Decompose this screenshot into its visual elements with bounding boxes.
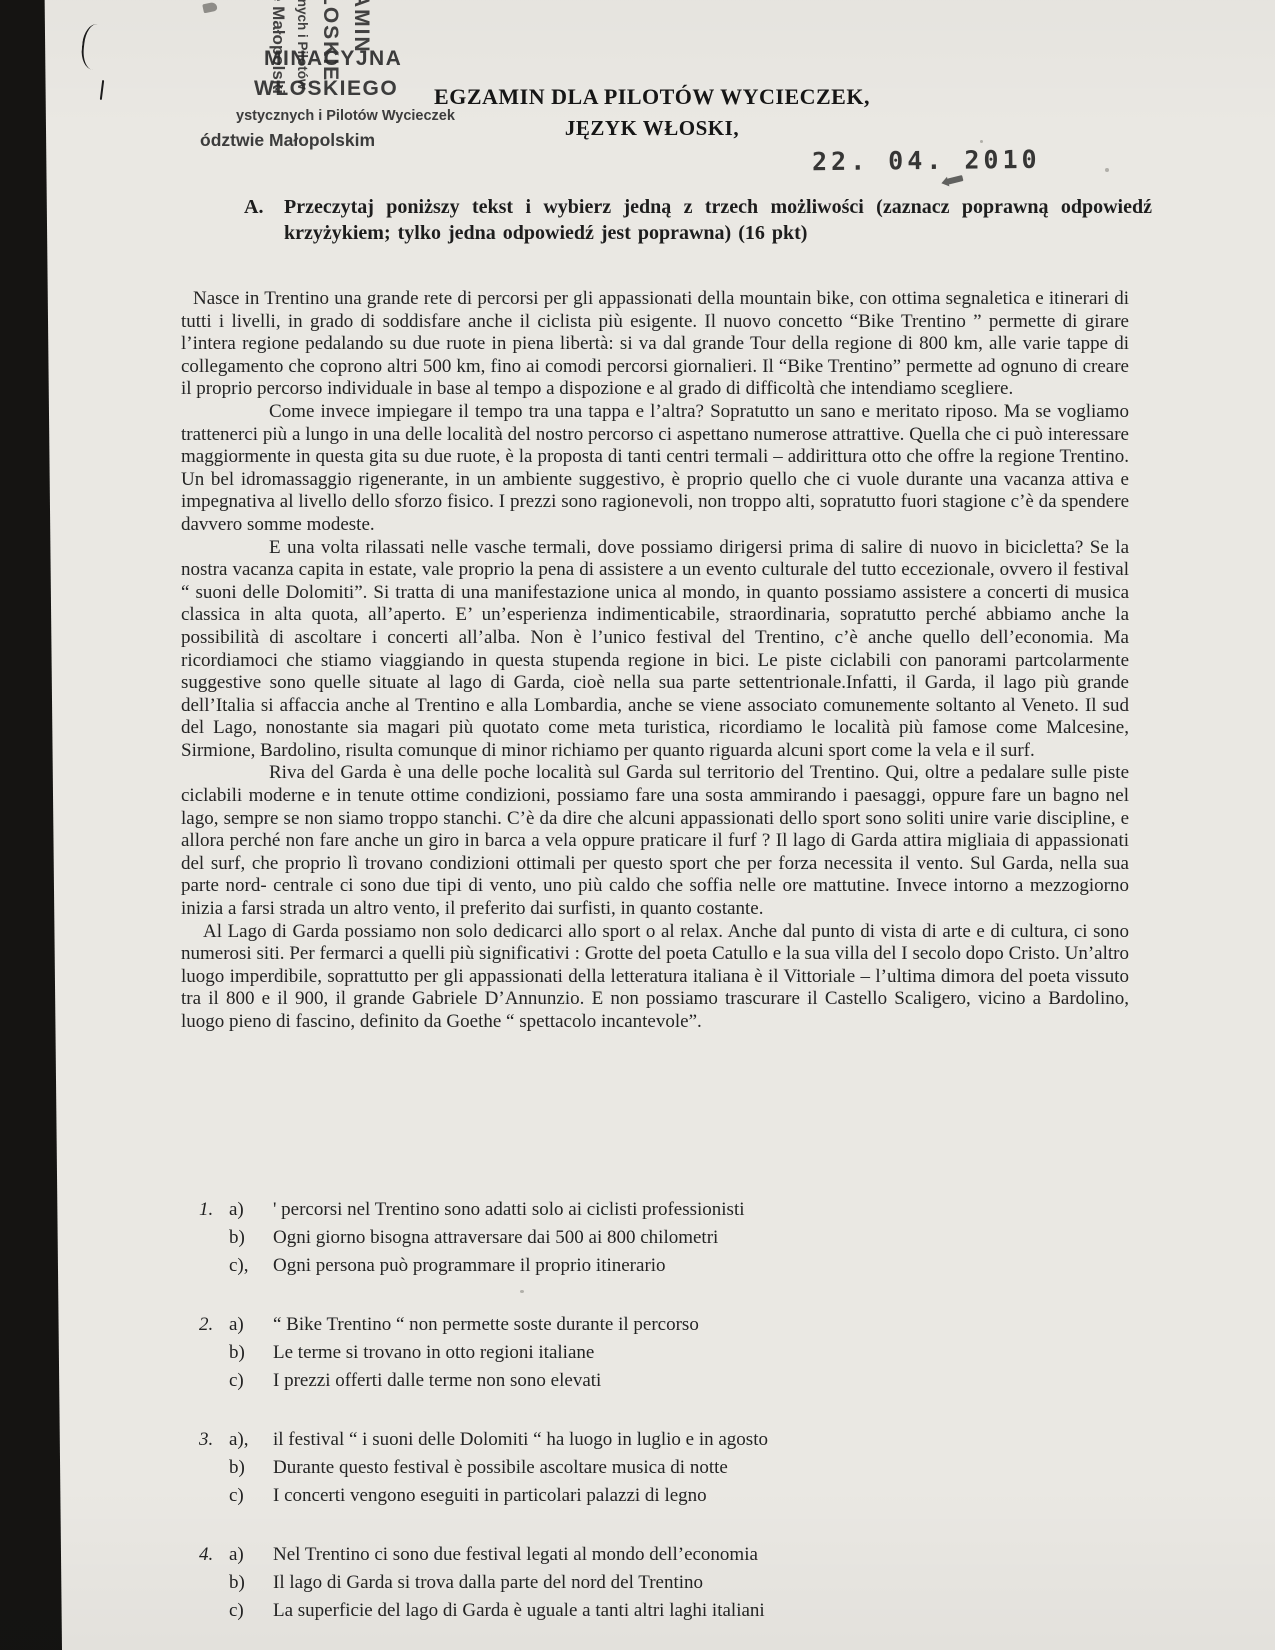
- option-letter: c): [229, 1597, 273, 1625]
- passage-paragraph: E una volta rilassati nelle vasche terma…: [181, 537, 1129, 763]
- passage-paragraph: Nasce in Trentino una grande rete di per…: [181, 288, 1129, 401]
- option-b: b) Le terme si trovano in otto regioni i…: [229, 1339, 1099, 1367]
- option-text: Nel Trentino ci sono due festival legati…: [273, 1541, 1099, 1569]
- question-number: 3.: [199, 1426, 229, 1510]
- option-letter: b): [229, 1224, 273, 1252]
- option-letter: b): [229, 1339, 273, 1367]
- passage-paragraph: Al Lago di Garda possiamo non solo dedic…: [181, 921, 1129, 1034]
- title-line-1: EGZAMIN DLA PILOTÓW WYCIECZEK,: [392, 84, 912, 110]
- option-b: b) Il lago di Garda si trova dalla parte…: [229, 1569, 1099, 1597]
- option-letter: c): [229, 1482, 273, 1510]
- question-number: 4.: [199, 1541, 229, 1625]
- question-options: a) Nel Trentino ci sono due festival leg…: [229, 1541, 1099, 1625]
- question-number: 1.: [199, 1196, 229, 1280]
- reading-passage: Nasce in Trentino una grande rete di per…: [181, 288, 1129, 1034]
- option-text: Il lago di Garda si trova dalla parte de…: [273, 1569, 1099, 1597]
- option-text: ' percorsi nel Trentino sono adatti solo…: [273, 1196, 1099, 1224]
- option-a: a) Nel Trentino ci sono due festival leg…: [229, 1541, 1099, 1569]
- section-a-text: Przeczytaj poniższy tekst i wybierz jedn…: [284, 194, 1152, 246]
- question-2: 2. a) “ Bike Trentino “ non permette sos…: [199, 1311, 1099, 1395]
- option-letter: a): [229, 1311, 273, 1339]
- stamp-line: MINACYJNA: [264, 47, 528, 71]
- option-a: a) ' percorsi nel Trentino sono adatti s…: [229, 1196, 1099, 1224]
- title-line-2: JĘZYK WŁOSKI,: [392, 116, 912, 141]
- option-text: I concerti vengono eseguiti in particola…: [273, 1482, 1099, 1510]
- question-options: a), il festival “ i suoni delle Dolomiti…: [229, 1426, 1099, 1510]
- question-number: 2.: [199, 1311, 229, 1395]
- handwritten-tick-mark: [100, 80, 104, 100]
- option-text: il festival “ i suoni delle Dolomiti “ h…: [273, 1426, 1099, 1454]
- option-a: a), il festival “ i suoni delle Dolomiti…: [229, 1426, 1099, 1454]
- scanner-edge-band: [0, 0, 62, 1650]
- scanned-exam-page: { "stamp": { "rotated_lines": { "l1": "A…: [0, 0, 1275, 1650]
- option-text: I prezzi offerti dalle terme non sono el…: [273, 1367, 1099, 1395]
- page-title: EGZAMIN DLA PILOTÓW WYCIECZEK, JĘZYK WŁO…: [392, 84, 912, 141]
- option-letter: a),: [229, 1426, 273, 1454]
- option-a: a) “ Bike Trentino “ non permette soste …: [229, 1311, 1099, 1339]
- option-text: Le terme si trovano in otto regioni ital…: [273, 1339, 1099, 1367]
- option-text: Durante questo festival è possibile asco…: [273, 1454, 1099, 1482]
- question-3: 3. a), il festival “ i suoni delle Dolom…: [199, 1426, 1099, 1510]
- question-options: a) ' percorsi nel Trentino sono adatti s…: [229, 1196, 1099, 1280]
- smudge-arrow-mark: [946, 175, 964, 185]
- scan-speck: [1105, 168, 1109, 172]
- option-b: b) Durante questo festival è possibile a…: [229, 1454, 1099, 1482]
- handwritten-paren-mark: [80, 23, 111, 71]
- option-letter: a): [229, 1196, 273, 1224]
- question-options: a) “ Bike Trentino “ non permette soste …: [229, 1311, 1099, 1395]
- scan-speck: [520, 1290, 524, 1293]
- option-c: c) I concerti vengono eseguiti in partic…: [229, 1482, 1099, 1510]
- scan-speck: [980, 140, 983, 143]
- option-letter: a): [229, 1541, 273, 1569]
- option-letter: b): [229, 1454, 273, 1482]
- question-1: 1. a) ' percorsi nel Trentino sono adatt…: [199, 1196, 1099, 1280]
- question-list: 1. a) ' percorsi nel Trentino sono adatt…: [199, 1196, 1099, 1650]
- passage-paragraph: Riva del Garda è una delle poche localit…: [181, 762, 1129, 920]
- date-stamp: 22. 04. 2010: [812, 145, 1041, 176]
- option-b: b) Ogni giorno bisogna attraversare dai …: [229, 1224, 1099, 1252]
- option-c: c) I prezzi offerti dalle terme non sono…: [229, 1367, 1099, 1395]
- option-letter: c),: [229, 1252, 273, 1280]
- option-c: c) La superficie del lago di Garda è ugu…: [229, 1597, 1099, 1625]
- question-4: 4. a) Nel Trentino ci sono due festival …: [199, 1541, 1099, 1625]
- passage-paragraph: Come invece impiegare il tempo tra una t…: [181, 401, 1129, 537]
- option-letter: c): [229, 1367, 273, 1395]
- option-text: La superficie del lago di Garda è uguale…: [273, 1597, 1099, 1625]
- option-text: Ogni giorno bisogna attraversare dai 500…: [273, 1224, 1099, 1252]
- option-letter: b): [229, 1569, 273, 1597]
- option-text: “ Bike Trentino “ non permette soste dur…: [273, 1311, 1099, 1339]
- section-a-label: A.: [244, 194, 284, 246]
- option-c: c), Ogni persona può programmare il prop…: [229, 1252, 1099, 1280]
- option-text: Ogni persona può programmare il proprio …: [273, 1252, 1099, 1280]
- section-a-instruction: A. Przeczytaj poniższy tekst i wybierz j…: [244, 194, 1152, 246]
